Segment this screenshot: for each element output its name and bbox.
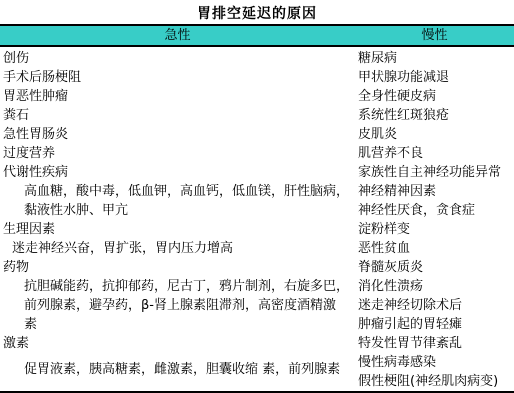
table-line: 前列腺素，避孕药，β-肾上腺素阻滞剂，高密度酒精激 [0, 296, 355, 315]
table-line: 淀粉样变 [355, 220, 514, 239]
table-line: 皮肌炎 [355, 125, 514, 144]
table-line: 促胃液素，胰高糖素，雌激素，胆囊收缩 素，前列腺素 [0, 360, 355, 379]
table-line: 肿瘤引起的胃轻瘫 [355, 315, 514, 334]
table-line: 糖尿病 [355, 49, 514, 68]
column-chronic: 糖尿病甲状腺功能减退全身性硬皮病系统性红斑狼疮皮肌炎肌营养不良家族性自主神经功能… [355, 49, 514, 391]
table-line: 恶性贫血 [355, 239, 514, 258]
table-line: 全身性硬皮病 [355, 87, 514, 106]
table-header-row: 急性 慢性 [0, 24, 514, 47]
table-line: 手术后肠梗阻 [0, 68, 355, 87]
table-line: 肌营养不良 [355, 144, 514, 163]
table-line: 脊髓灰质炎 [355, 258, 514, 277]
table-line: 迷走神经切除术后 [355, 296, 514, 315]
table-line: 代谢性疾病 [0, 163, 355, 182]
table-line: 素 [0, 315, 355, 334]
table-line: 药物 [0, 258, 355, 277]
table-line: 慢性病毒感染 [355, 353, 514, 372]
table-line: 迷走神经兴奋，胃扩张，胃内压力增高 [0, 239, 355, 258]
table-line: 家族性自主神经功能异常 [355, 163, 514, 182]
table-line: 黏液性水肿、甲亢 [0, 201, 355, 220]
table-line: 创伤 [0, 49, 355, 68]
table-line: 激素 [0, 334, 355, 353]
table-line: 消化性溃疡 [355, 277, 514, 296]
table-line: 特发性胃节律紊乱 [355, 334, 514, 353]
table-line: 高血糖，酸中毒，低血钾，高血钙，低血镁，肝性脑病， [0, 182, 355, 201]
table-body: 创伤手术后肠梗阻胃恶性肿瘤粪石急性胃肠炎过度营养代谢性疾病高血糖，酸中毒，低血钾… [0, 47, 514, 393]
table-line: 胃恶性肿瘤 [0, 87, 355, 106]
table-line: 抗胆碱能药，抗抑郁药，尼古丁，鸦片制剂，右旋多巴， [0, 277, 355, 296]
column-header-acute: 急性 [0, 26, 355, 45]
column-header-chronic: 慢性 [355, 26, 514, 45]
column-acute: 创伤手术后肠梗阻胃恶性肿瘤粪石急性胃肠炎过度营养代谢性疾病高血糖，酸中毒，低血钾… [0, 49, 355, 379]
table-line: 甲状腺功能减退 [355, 68, 514, 87]
table-line: 过度营养 [0, 144, 355, 163]
page-title: 胃排空延迟的原因 [0, 0, 514, 23]
page: 胃排空延迟的原因 急性 慢性 创伤手术后肠梗阻胃恶性肿瘤粪石急性胃肠炎过度营养代… [0, 0, 514, 393]
table-line: 神经性厌食，贪食症 [355, 201, 514, 220]
table-line: 粪石 [0, 106, 355, 125]
table-line: 系统性红斑狼疮 [355, 106, 514, 125]
table-line: 假性梗阻(神经肌肉病变) [355, 372, 514, 391]
table-line: 急性胃肠炎 [0, 125, 355, 144]
table-line: 神经精神因素 [355, 182, 514, 201]
table-line: 生理因素 [0, 220, 355, 239]
